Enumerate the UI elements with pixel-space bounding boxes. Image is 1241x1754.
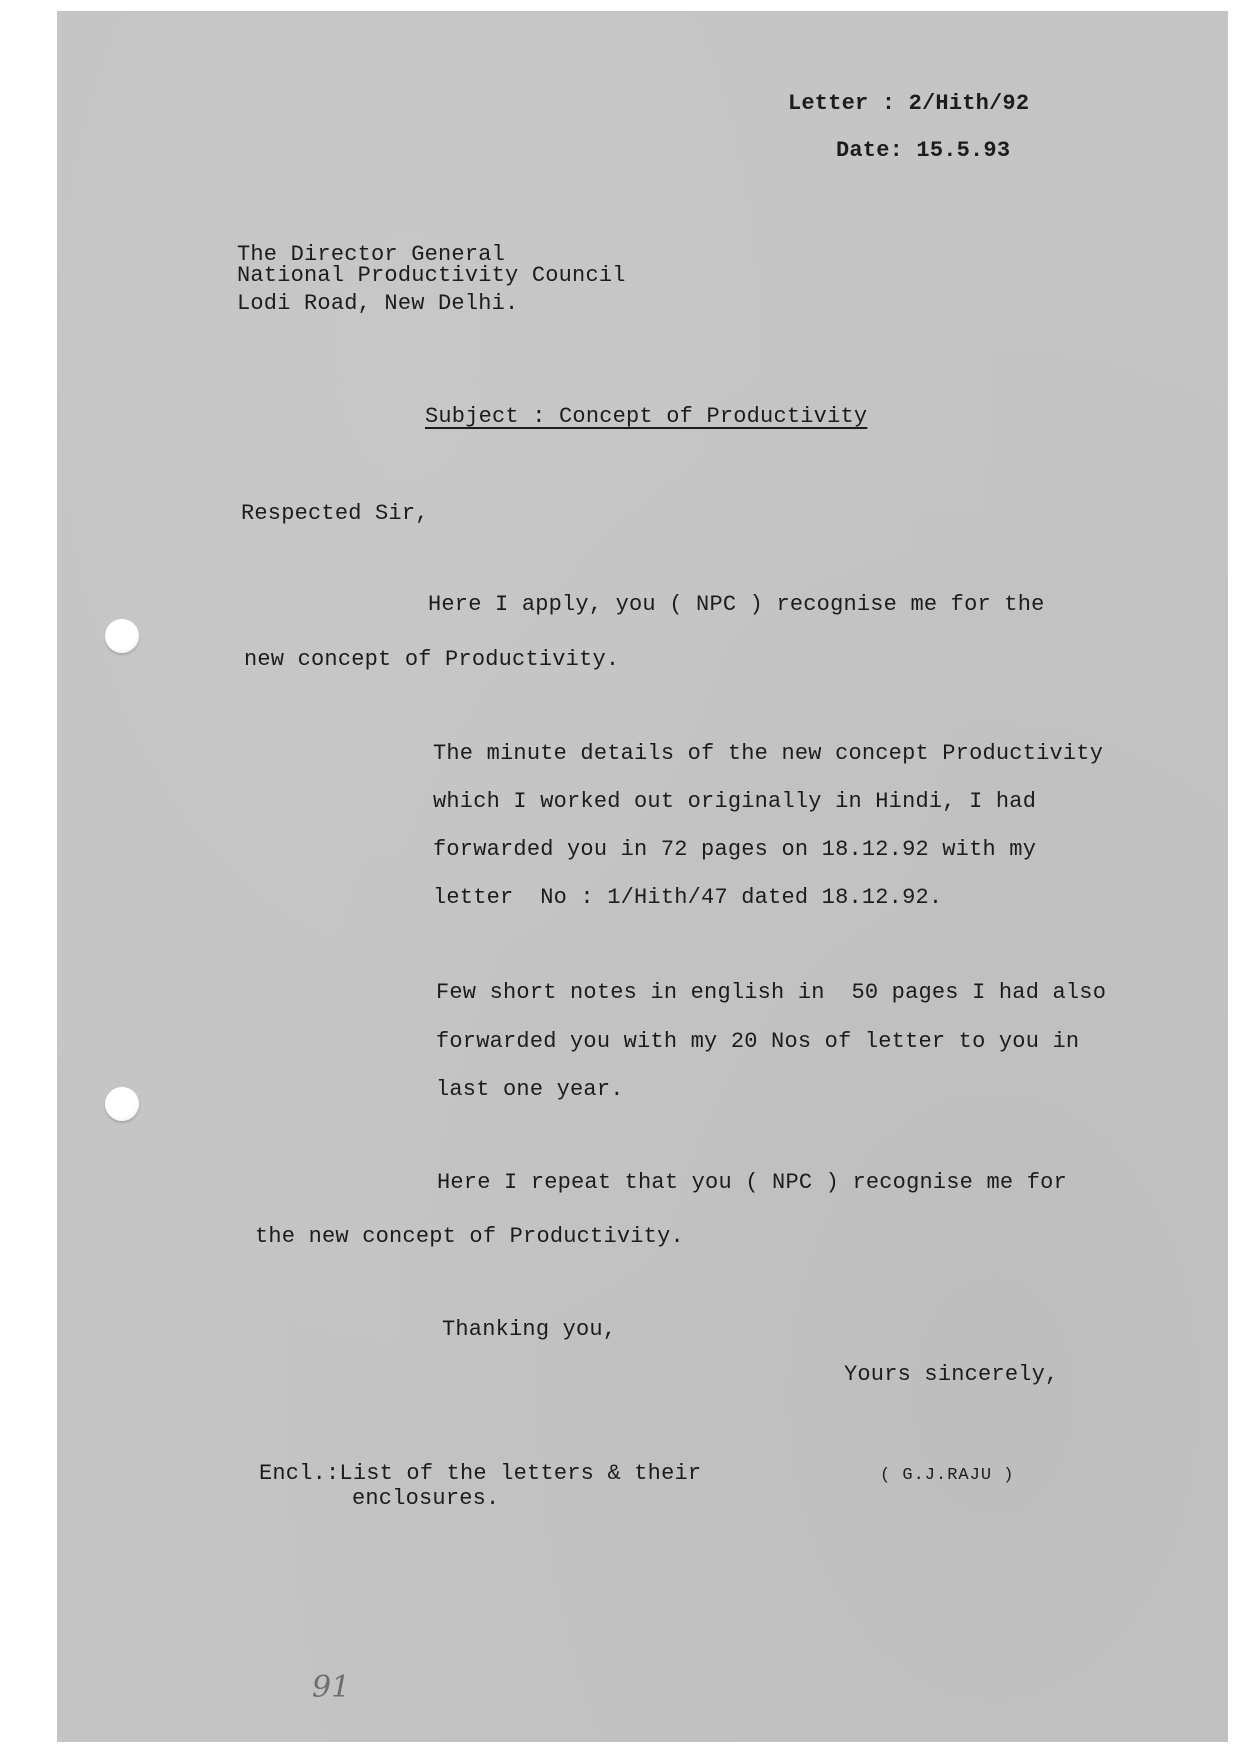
subject-line: Subject : Concept of Productivity — [425, 405, 867, 429]
paragraph-line: the new concept of Productivity. — [255, 1225, 684, 1249]
letter-date: Date: 15.5.93 — [836, 139, 1010, 163]
paragraph-line: Here I repeat that you ( NPC ) recognise… — [437, 1171, 1067, 1195]
paragraph-line: forwarded you in 72 pages on 18.12.92 wi… — [433, 838, 1036, 862]
paragraph-line: new concept of Productivity. — [244, 648, 619, 672]
enclosure-line: enclosures. — [352, 1487, 499, 1511]
paragraph-line: which I worked out originally in Hindi, … — [433, 790, 1036, 814]
paragraph-line: forwarded you with my 20 Nos of letter t… — [436, 1030, 1079, 1054]
salutation: Respected Sir, — [241, 502, 429, 526]
enclosure-line: Encl.:List of the letters & their — [259, 1462, 701, 1486]
punch-hole-top — [105, 619, 139, 653]
thanking-line: Thanking you, — [442, 1318, 616, 1342]
paragraph-line: Few short notes in english in 50 pages I… — [436, 981, 1106, 1005]
handwritten-page-number: 91 — [312, 1670, 350, 1705]
signatory-name: ( G.J.RAJU ) — [880, 1464, 1014, 1488]
paragraph-line: letter No : 1/Hith/47 dated 18.12.92. — [433, 886, 942, 910]
punch-hole-bottom — [105, 1087, 139, 1121]
valediction: Yours sincerely, — [844, 1363, 1058, 1387]
paragraph-line: The minute details of the new concept Pr… — [433, 742, 1103, 766]
paragraph-line: Here I apply, you ( NPC ) recognise me f… — [428, 593, 1045, 617]
addressee-line: Lodi Road, New Delhi. — [237, 292, 518, 316]
paragraph-line: last one year. — [436, 1078, 624, 1102]
letter-reference: Letter : 2/Hith/92 — [788, 92, 1029, 116]
addressee-line: National Productivity Council — [237, 264, 626, 288]
